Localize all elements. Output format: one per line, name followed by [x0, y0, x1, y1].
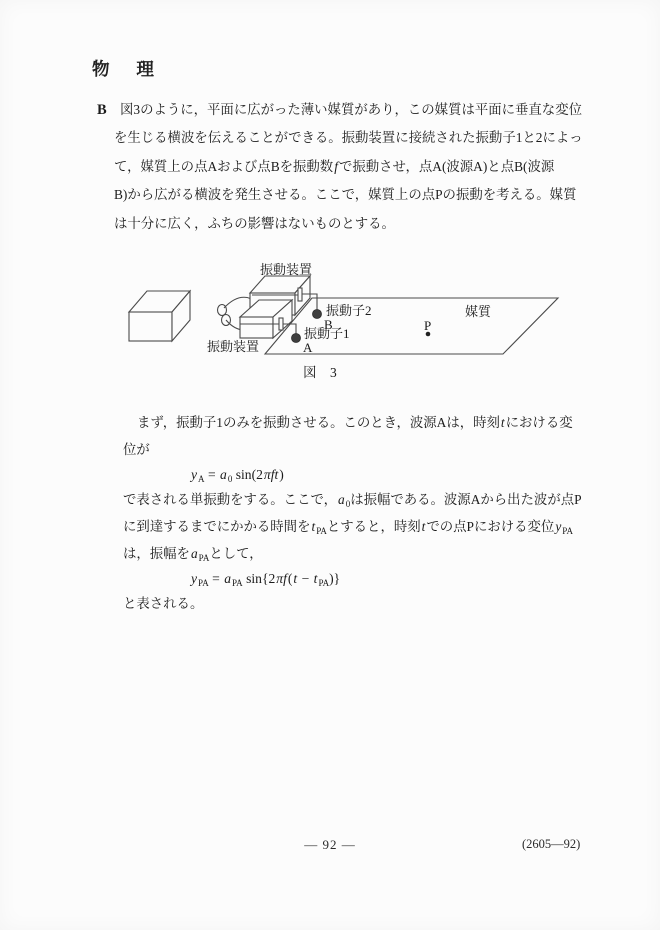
formula-ypa: yPA = aPA sin{2πf(t − tPA)} [123, 567, 583, 590]
problem-line: を生じる横波を伝えることができる。振動装置に接続された振動子1と2によっ [114, 124, 584, 152]
problem-statement: 図3のように，平面に広がった薄い媒質があり，この媒質は平面に垂直な変位 を生じる… [114, 96, 584, 238]
passage-line: 位が [123, 436, 583, 463]
point-b-dot [313, 310, 322, 319]
passage: まず，振動子1のみを振動させる。このとき，波源Aは，時刻tにおける変 位が yA… [123, 409, 583, 617]
point-a-dot [292, 334, 301, 343]
drive-box [129, 291, 190, 341]
passage-line: まず，振動子1のみを振動させる。このとき，波源Aは，時刻tにおける変 [123, 409, 583, 436]
scanned-exam-page: { "header": { "title": "物 理" }, "problem… [0, 0, 660, 930]
device-label-top: 振動装置 [260, 262, 312, 277]
device-label-bottom: 振動装置 [207, 339, 259, 354]
page-title: 物 理 [92, 56, 165, 81]
passage-line: は，振幅をaPAとして， [123, 540, 583, 567]
problem-line: B)から広がる横波を発生させる。ここで，媒質上の点Pの振動を考える。媒質 [114, 181, 584, 209]
point-p-label: P [424, 318, 431, 333]
problem-label: B [97, 96, 107, 124]
vibrator-2-label: 振動子2 [326, 303, 372, 318]
figure-caption: 図 3 [303, 365, 337, 380]
point-a-label: A [303, 340, 313, 355]
passage-line: に到達するまでにかかる時間をtPAとすると，時刻tでの点Pにおける変位yPA [123, 513, 583, 540]
passage-line: と表される。 [123, 590, 583, 617]
problem-line: て，媒質上の点Aおよび点Bを振動数fで振動させ，点A(波源A)と点B(波源 [114, 153, 584, 181]
formula-ya: yA = a0 sin(2πft) [123, 463, 583, 486]
vibrator-1-label: 振動子1 [304, 326, 350, 341]
medium-label: 媒質 [465, 304, 492, 319]
figure-3-diagram: 振動装置 振動装置 振動子2 B 振動子1 A 媒質 P 図 3 [0, 258, 660, 386]
problem-line: 図3のように，平面に広がった薄い媒質があり，この媒質は平面に垂直な変位 [114, 96, 584, 124]
passage-line: で表される単振動をする。ここで，a0は振幅である。波源Aから出た波が点P [123, 486, 583, 513]
problem-line: は十分に広く，ふちの影響はないものとする。 [114, 210, 584, 238]
booklet-code: (2605—92) [522, 837, 580, 852]
